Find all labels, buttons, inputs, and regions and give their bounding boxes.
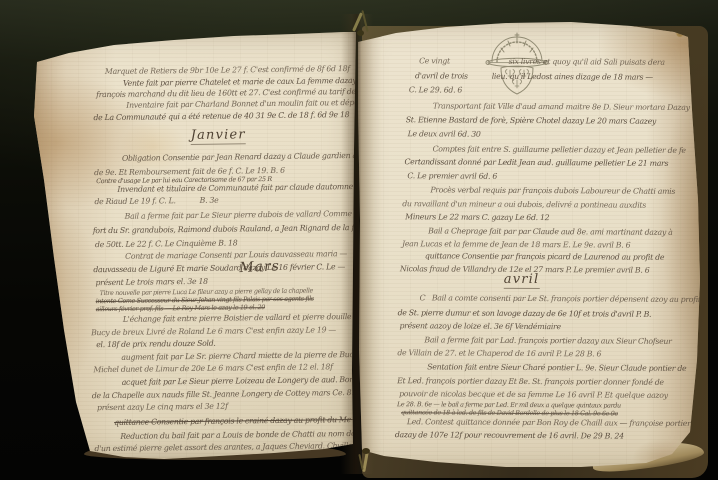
handwritten-line: de La Communauté qui a été retenue de 40… <box>93 110 349 122</box>
handwritten-line: Transportant fait Ville d'aud amand mait… <box>433 101 690 112</box>
handwritten-line: de la Chapelle aux nauds fille St. Jeann… <box>92 388 354 400</box>
handwritten-line: C. Le premier avril 6d. 6 <box>407 171 497 181</box>
handwritten-line: acquet fait par Le Sieur pierre Loizeau … <box>122 375 359 387</box>
handwritten-line: Michel dunet de Limur de 20e Le 6 mars C… <box>93 362 332 374</box>
month-heading-janvier: Janvier <box>191 127 246 145</box>
handwritten-line: quittance Consentie par françois le crai… <box>114 415 361 427</box>
handwritten-line: Obligation Consentie par Jean Renard daz… <box>122 151 387 163</box>
handwritten-line: Certandissant donné par Ledit Jean aud. … <box>404 157 668 168</box>
binding-thread-top <box>348 8 384 42</box>
handwritten-line: C. Le 29. 6d. 6 <box>409 85 462 94</box>
handwritten-line: de Riaud Le 19 f. C. L. B. 3e <box>94 196 218 207</box>
handwritten-line: Sentation fait entre Sieur Charé pontier… <box>427 362 686 373</box>
thread-strand <box>352 12 363 31</box>
handwritten-line: Bail a ferme fait par Lad. françois port… <box>424 335 671 346</box>
handwritten-line: d'avril de trois lieu. qu'il Ledost aine… <box>415 71 653 81</box>
left-page-text: Janvier Mars Marquet de Retiers de 9br 1… <box>21 28 358 464</box>
handwritten-line: C Bail a comte consenti par Le St. franç… <box>420 293 701 304</box>
thread-knot <box>357 30 364 36</box>
handwritten-line: Bail a ferme fait par Le Sieur pierre du… <box>125 209 379 221</box>
month-heading-avril: avril <box>504 272 540 289</box>
handwritten-line: fort du Sr. grandubois, Raimond dubois R… <box>93 223 373 235</box>
handwritten-line: Vente fait par pierre Chatelet et marie … <box>123 76 390 88</box>
handwritten-line: Mineurs Le 22 mars C. gazay Le 6d. 12 <box>405 212 549 222</box>
handwritten-line: augment fait par Le Sr. pierre Chard mie… <box>121 350 369 362</box>
handwritten-line: Invendant et titulaire de Communauté fai… <box>117 182 353 194</box>
handwritten-line: présent Le trois mars el. 3e 18 <box>95 277 207 287</box>
handwritten-line: présent azay Le cinq mars el 3e 12f <box>97 402 228 413</box>
handwritten-line: pouvoir de nicolas becque et de sa femme… <box>399 389 668 400</box>
handwritten-line: ailleurs février prof. fils — Le Roy Mar… <box>96 303 265 313</box>
thread-strand <box>361 10 368 32</box>
handwritten-line: el. 18f de prix rendu douze Sold. <box>96 339 215 349</box>
handwritten-line: dauvasseau de Liguré Et marie Soudard da… <box>93 262 345 274</box>
handwritten-line: présent aazoy de loize el. 3e 6f Vendémi… <box>399 321 560 331</box>
handwritten-line: dazay de 107e 12f pour recouvrement de 1… <box>395 430 624 440</box>
handwritten-line: Marquet de Retiers de 9br 10e Le 27 f. C… <box>105 64 350 76</box>
manuscript-scan: Janvier Mars Marquet de Retiers de 9br 1… <box>0 0 718 480</box>
handwritten-line: de Villain de 27. et le Chaperod de 16 a… <box>397 348 601 358</box>
handwritten-line: St. Etienne Bastard de forè, Spière Chot… <box>406 115 656 126</box>
handwritten-line: Le deux avril 6d. 30 <box>408 129 481 138</box>
handwritten-line: quittance Consentie par françois picard … <box>425 251 664 261</box>
binding-thread-bottom <box>356 446 378 476</box>
handwritten-line: Led. Contest quittance donnée par Bon Ro… <box>407 417 691 428</box>
thread-knot <box>362 448 370 454</box>
right-page: avril Ce vingt six livres et quoy qu'il … <box>356 20 704 472</box>
handwritten-line: Procès verbal requis par françois dubois… <box>430 185 675 195</box>
handwritten-line: quittancée de 18 à led. de fils de David… <box>401 408 618 417</box>
left-page: Janvier Mars Marquet de Retiers de 9br 1… <box>24 30 356 462</box>
handwritten-line: Ce vingt six livres et quoy qu'il aid Sa… <box>419 56 665 66</box>
right-page-text: avril Ce vingt six livres et quoy qu'il … <box>355 19 706 473</box>
handwritten-line: Bail a Cheprage fait par par Claude aud … <box>428 226 672 236</box>
handwritten-line: du ravaillant d'un mineur a oui dubois, … <box>402 199 646 209</box>
handwritten-line: de St. pierre dumur et son lavoge dazay … <box>398 308 652 319</box>
handwritten-line: Bucy de breux Livré de Roland Le 6 mars … <box>91 325 336 337</box>
handwritten-line: Et Led. françois portier dazay Et 8e. St… <box>397 376 664 387</box>
handwritten-line: de 50tt. Le 22 f. C. Le Cinquième B. 18 <box>95 238 237 249</box>
handwritten-line: Nicolas fraud de Villandry de 12e el 27 … <box>400 264 650 275</box>
handwritten-line: Reduction du bail fait par a Louis de bo… <box>120 429 388 441</box>
handwritten-line: Contrat de mariage Consenti par Louis da… <box>125 249 347 261</box>
handwritten-line: Inventaire fait par Charland Bonnet d'un… <box>126 98 389 110</box>
handwritten-line: L'échange fait entre pierre Boistier de … <box>123 312 363 324</box>
handwritten-line: Comptes fait entre S. guillaume pelletie… <box>433 144 686 155</box>
handwritten-line: Jean Lucas et la femme de Jean de 18 mar… <box>402 239 630 249</box>
